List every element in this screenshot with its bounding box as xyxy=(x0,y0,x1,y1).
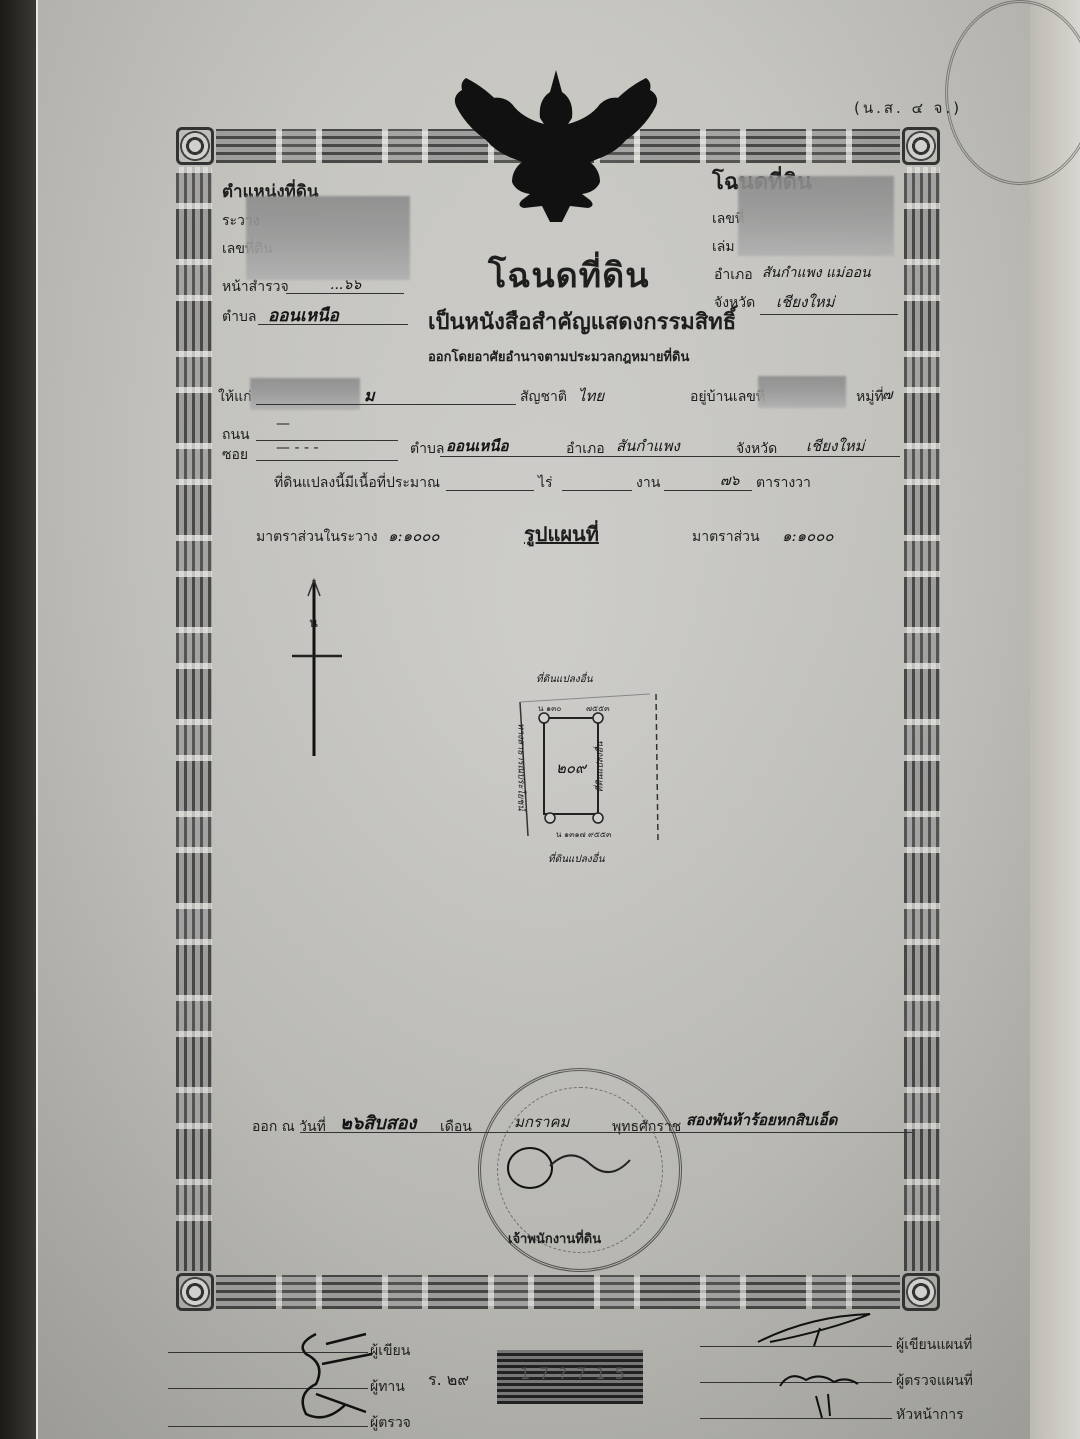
moo-value: ๗ xyxy=(882,384,893,406)
province-value: เชียงใหม่ xyxy=(776,290,835,314)
border-right xyxy=(904,167,940,1271)
wa-value: ๗๖ xyxy=(720,470,739,492)
map-writer-label: ผู้เขียนแผนที่ xyxy=(896,1334,972,1356)
marker-bl: น ๑๓๑๗ xyxy=(556,828,586,841)
north-arrow-icon xyxy=(290,576,346,760)
volume-number: ร. ๒๙ xyxy=(428,1368,469,1393)
marker-tr: ๗๕๕๓ xyxy=(586,702,610,715)
garuda-emblem-icon xyxy=(450,66,662,224)
document-title: โฉนดที่ดิน xyxy=(488,248,649,302)
rai-line xyxy=(446,490,534,491)
border-left xyxy=(176,167,212,1271)
amphoe-label: อำเภอ xyxy=(714,264,753,286)
redacted-deed-number xyxy=(738,176,894,256)
deed-book-label: เล่ม xyxy=(712,236,735,258)
road-label: ถนน xyxy=(222,424,250,446)
officer-signature xyxy=(500,1136,640,1196)
north-label: น xyxy=(309,612,318,633)
wa-label: ตารางวา xyxy=(756,472,811,494)
border-bottom xyxy=(216,1275,900,1309)
amphoe-value: สันกำแพง แม่ออน xyxy=(762,262,871,284)
road-value: — xyxy=(276,416,290,432)
moo-label: หมู่ที่ xyxy=(856,386,884,408)
tambon-label: ตำบล xyxy=(222,306,256,328)
issued-label: ออก ณ วันที่ xyxy=(252,1116,326,1138)
owner-address-line xyxy=(440,456,900,457)
owner-name-suffix: ม xyxy=(364,384,375,409)
document-subtitle: เป็นหนังสือสำคัญแสดงกรรมสิทธิ์ xyxy=(428,304,736,339)
soi-line xyxy=(256,460,398,461)
ngan-label: งาน xyxy=(636,472,660,494)
corner-ornament-icon xyxy=(902,127,940,165)
owner-line xyxy=(256,404,516,405)
soi-value: — - - - xyxy=(276,440,319,456)
owner-province-value: เชียงใหม่ xyxy=(806,434,865,458)
scale-left-value: ๑:๑๐๐๐ xyxy=(388,524,440,548)
month-label: เดือน xyxy=(440,1116,472,1138)
document-authority: ออกโดยอาศัยอำนาจตามประมวลกฎหมายที่ดิน xyxy=(428,346,689,367)
plot-top-label: ที่ดินแปลงอื่น xyxy=(536,672,593,687)
scale-left-label: มาตราส่วนในระวาง xyxy=(256,526,378,548)
writer-label: ผู้เขียน xyxy=(370,1340,410,1362)
chief-label: หัวหน้าการ xyxy=(896,1404,964,1426)
corner-ornament-icon xyxy=(902,1273,940,1311)
house-number-label: อยู่บ้านเลขที่ xyxy=(690,386,765,408)
plot-right-label: ที่ดินแปลงอื่น xyxy=(592,742,606,793)
owner-label: ให้แก่ xyxy=(218,386,252,408)
marker-tl: น ๑๓๐ xyxy=(538,702,561,715)
redacted-land-info xyxy=(246,196,410,280)
plot-bottom-label: ที่ดินแปลงอื่น xyxy=(548,852,605,867)
left-signature xyxy=(286,1324,376,1434)
owner-amphoe-value: สันกำแพง xyxy=(616,434,680,458)
background-right xyxy=(1030,0,1080,1439)
nationality-value: ไทย xyxy=(578,384,604,408)
province-line xyxy=(760,314,898,315)
map-title: รูปแผนที่ xyxy=(524,518,599,550)
nationality-label: สัญชาติ xyxy=(520,386,567,408)
right-signatures xyxy=(750,1310,890,1420)
serial-number: 1 7 ? 7 1 5 xyxy=(520,1364,627,1383)
tambon-line xyxy=(258,324,408,325)
form-code: (น.ส. ๔ จ.) xyxy=(854,96,962,120)
redacted-house-number xyxy=(758,376,846,408)
marker-br: ๙๕๕๓ xyxy=(588,828,611,841)
rai-label: ไร่ xyxy=(538,472,553,494)
scale-right-value: ๑:๑๐๐๐ xyxy=(782,524,834,548)
corner-ornament-icon xyxy=(176,1273,214,1311)
scale-right-label: มาตราส่วน xyxy=(692,526,760,548)
plot-number: ๒๐๙ xyxy=(556,756,586,780)
area-label: ที่ดินแปลงนี้มีเนื้อที่ประมาณ xyxy=(274,472,440,494)
checker-label: ผู้ตรวจ xyxy=(370,1412,411,1434)
owner-tambon-value: ออนเหนือ xyxy=(446,434,509,458)
issued-year: สองพันห้าร้อยหกสิบเอ็ด xyxy=(686,1108,837,1132)
ngan-line xyxy=(562,490,632,491)
survey-page-line xyxy=(286,293,404,294)
redacted-owner-name xyxy=(250,378,360,410)
plot-left-label: ทางสาธารณประโยชน์ xyxy=(515,723,529,810)
corner-ornament-icon xyxy=(176,127,214,165)
stamp-label: เจ้าพนักงานที่ดิน xyxy=(508,1228,601,1249)
soi-label: ซอย xyxy=(222,444,248,466)
wa-line xyxy=(664,490,752,491)
map-checker-label: ผู้ตรวจแผนที่ xyxy=(896,1370,973,1392)
